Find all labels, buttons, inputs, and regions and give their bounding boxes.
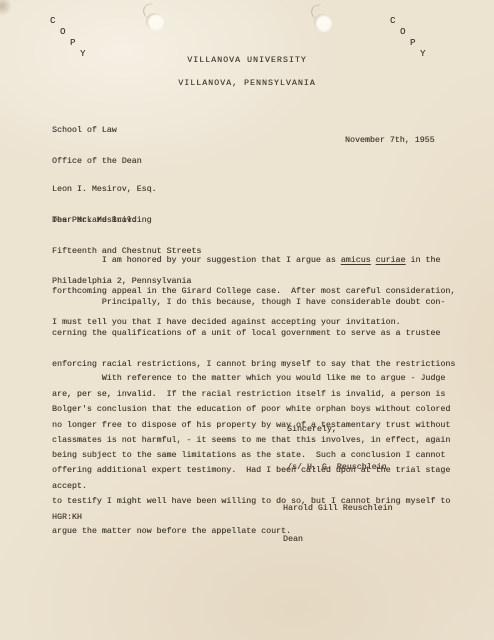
body-text: I am honored by your suggestion that I a… — [52, 256, 341, 265]
copy-stamp-letter: P — [70, 39, 75, 48]
punch-hole-left — [146, 13, 163, 30]
letterhead-location: VILLANOVA, PENNSYLVANIA — [0, 79, 494, 89]
body-line: With reference to the matter which you w… — [52, 374, 450, 384]
copy-stamp-letter: P — [410, 39, 415, 48]
body-text: in the — [406, 256, 441, 265]
copy-stamp-letter: O — [60, 28, 65, 37]
body-line: classmates is not harmful, - it seems to… — [52, 436, 450, 446]
closing-sincerely: Sincerely, — [287, 425, 337, 435]
body-line: cerning the qualifications of a unit of … — [52, 329, 455, 339]
closing-name-block: Harold Gill Reuschlein Dean — [283, 484, 393, 566]
body-line: I am honored by your suggestion that I a… — [52, 256, 455, 266]
body-line: Principally, I do this because, though I… — [52, 298, 455, 308]
letter-page: C O P Y C O P Y VILLANOVA UNIVERSITY VIL… — [0, 0, 494, 640]
closing-name: Harold Gill Reuschlein — [283, 504, 393, 514]
reference-initials: HGR:KH — [52, 513, 82, 523]
body-line: Bolger's conclusion that the education o… — [52, 405, 450, 415]
salutation: Dear Mr. Mesirov: — [52, 216, 137, 226]
body-line: offering additional expert testimony. Ha… — [52, 466, 450, 476]
letterhead-university: VILLANOVA UNIVERSITY — [0, 56, 494, 66]
date-line: November 7th, 1955 — [345, 136, 435, 146]
copy-stamp-letter: O — [400, 28, 405, 37]
copy-stamp-letter: C — [50, 17, 55, 26]
underlined-term: curiae — [376, 256, 406, 265]
copy-stamp-letter: C — [390, 17, 395, 26]
closing-signature: /s/ H. G. Reuschlein — [287, 463, 387, 473]
department-line: School of Law — [52, 126, 142, 136]
closing-title: Dean — [283, 535, 393, 545]
recipient-line: Leon I. Mesirov, Esq. — [52, 185, 201, 195]
underlined-term: amicus — [341, 256, 371, 265]
punch-hole-right — [314, 14, 331, 31]
